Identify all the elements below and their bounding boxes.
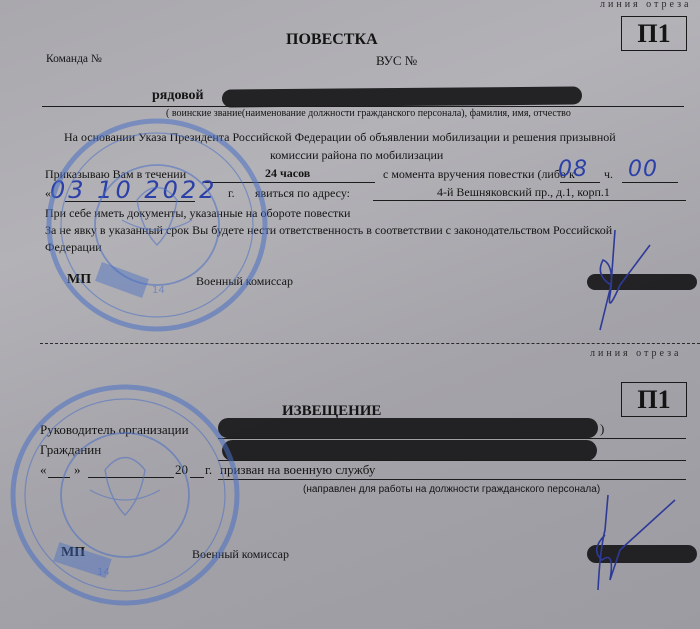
from-moment-text: с момента вручения повестки (либо к (383, 167, 575, 182)
form-code-box-notice: П1 (621, 382, 687, 417)
cut-line (40, 343, 700, 344)
name-caption: ( воинские звание(наименование должности… (166, 108, 571, 119)
rank-value: рядовой (152, 88, 204, 104)
hour-underline (560, 182, 600, 183)
year-blank (190, 477, 204, 478)
year-suffix: г. (228, 186, 235, 201)
drafted-text: призван на военную службу (220, 462, 375, 478)
signer-bottom: Военный комиссар (192, 547, 289, 562)
minutes-underline (622, 182, 678, 183)
official-stamp-bottom: 14 (5, 375, 245, 615)
order-period: 24 часов (265, 166, 310, 181)
form-code-box: П1 (621, 16, 687, 51)
stamp-place-bottom: МП (61, 545, 85, 561)
liability-line-1: За не явку в указанный срок Вы будете не… (45, 223, 612, 238)
cut-line-label-middle: линия отреза (590, 348, 681, 359)
citizen-underline (218, 460, 686, 461)
appear-label: явиться по адресу: (255, 186, 350, 201)
period-underline (205, 182, 375, 183)
basis-line-1: На основании Указа Президента Российской… (64, 130, 616, 145)
svg-text:14: 14 (97, 567, 110, 578)
org-head-label: Руководитель организации (40, 422, 189, 438)
name-underline (42, 106, 684, 107)
date-mid: » (74, 462, 81, 478)
year-suffix-notice: г. (205, 462, 212, 478)
documents-note: При себе иметь документы, указанные на о… (45, 206, 350, 221)
address-value: 4-й Вешняковский пр., д.1, корп.1 (437, 185, 610, 200)
handwritten-minutes: 00 (628, 157, 658, 182)
date-open: « (40, 462, 47, 478)
liability-line-2: Федерации (45, 240, 102, 255)
cut-line-label-top: линия отреза (600, 0, 691, 10)
drafted-underline (218, 479, 686, 480)
date-underline (65, 201, 195, 202)
hours-suffix: ч. (604, 167, 613, 182)
redacted-signer-bottom (587, 545, 697, 563)
org-head-tail: ) (600, 421, 604, 437)
team-number-label: Команда № (46, 53, 102, 65)
day-blank (48, 477, 70, 478)
handwritten-hour: 08 (558, 157, 588, 182)
citizen-label: Гражданин (40, 442, 101, 458)
svg-text:14: 14 (152, 285, 165, 296)
stamp-place-top: МП (67, 272, 91, 288)
address-underline (373, 200, 686, 201)
summons-title: ПОВЕСТКА (286, 31, 378, 49)
year-prefix: 20 (175, 462, 188, 478)
notice-caption: (направлен для работы на должности гражд… (303, 484, 600, 495)
org-head-underline (218, 438, 686, 439)
handwritten-date: 03 10 2022 (50, 176, 217, 204)
vus-number-label: ВУС № (376, 53, 417, 69)
redacted-signer-top (587, 274, 697, 290)
redacted-citizen (222, 440, 597, 461)
signer-top: Военный комиссар (196, 274, 293, 289)
redacted-name (222, 86, 582, 107)
basis-line-2: комиссии района по мобилизации (270, 148, 443, 163)
month-blank (88, 477, 174, 478)
redacted-org-head (218, 418, 598, 438)
